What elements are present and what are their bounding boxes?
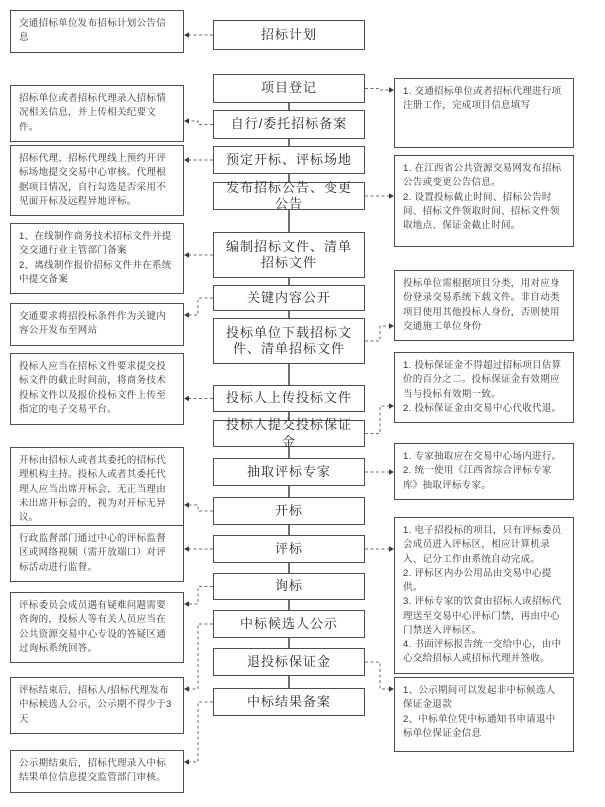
left-note-plan: 交通招标单位发布招标计划公告信息 — [10, 10, 184, 53]
left-note-result: 公示期结束后，招标代理录入中标结果单位信息提交监管部门审核。 — [10, 750, 184, 793]
right-note-deposit: 1. 投标保证金不得超过招标项目估算价的百分之二。投标保证金有效期应当与投标有效… — [394, 352, 574, 423]
step-winners: 中标候选人公示 — [213, 610, 365, 638]
right-note-evaluate-right: 1. 电子招投标的项目，只有评标委员会成员进入评标区，相应计算机录入、记分工作由… — [394, 517, 574, 674]
left-note-compile: 1、在线制作商务技术招标文件并提交交通行业主管部门备案 2、离线制作报价招标文件… — [10, 223, 184, 294]
step-open: 开标 — [213, 497, 365, 525]
step-inquiry: 询标 — [213, 573, 365, 600]
step-result: 中标结果备案 — [213, 688, 365, 716]
step-compile: 编制招标文件、清单招标文件 — [213, 232, 365, 278]
step-venue: 预定开标、评标场地 — [213, 146, 365, 174]
left-note-inquiry: 评标委员会成员遇有疑难问题需要咨询的，投标人等有关人员应当在公共资源交易中心专设… — [10, 592, 184, 663]
step-filing: 自行/委托招标备案 — [213, 110, 365, 139]
left-note-open: 开标由招标人或者其委托的招标代理机构主持。投标人或者其委托代理人应当出席开标会，… — [10, 447, 184, 532]
step-download: 投标单位下载招标文件、清单招标文件 — [213, 318, 365, 364]
right-note-refund: 1、公示期间可以发起非中标候选人保证金退款 2、中标单位凭中标通知书申请退中标单… — [394, 677, 574, 752]
left-note-evaluate-left: 行政监督部门通过中心的评标监督区或网络视频（需开放端口）对评标活动进行监督。 — [10, 525, 184, 582]
left-note-venue: 招标代理、招标代理线上预约开评标场地提交交易中心审核。代理根据项目情况，自行勾选… — [10, 145, 184, 216]
step-experts: 抽取评标专家 — [213, 458, 365, 486]
left-note-keypub: 交通要求将招投标条件作为关键内容公开发布至网站 — [10, 303, 184, 346]
step-plan: 招标计划 — [213, 20, 365, 50]
left-note-filing: 招标单位或者招标代理录入招标情况相关信息，并上传相关纪要文件。 — [10, 85, 184, 142]
left-note-upload: 投标人应当在招标文件要求提交投标文件的截止时间前，将商务技术投标文件以及报价投标… — [10, 353, 184, 425]
step-keypub: 关键内容公开 — [213, 285, 365, 311]
right-note-download: 投标单位需根据项目分类，用对应身份登录交易系统下载文件。非自动类项目使用其他投标… — [394, 270, 574, 341]
step-upload: 投标人上传投标文件 — [213, 385, 365, 412]
step-register: 项目登记 — [213, 74, 365, 103]
step-announce: 发布招标公告、变更公告 — [213, 182, 365, 210]
right-note-announce: 1. 在江西省公共资源交易网发布招标公告或变更公告信息。 2. 设置投标截止时间… — [394, 155, 574, 247]
step-refund: 退投标保证金 — [213, 648, 365, 676]
step-evaluate: 评标 — [213, 535, 365, 563]
flowchart-canvas: 招标计划项目登记自行/委托招标备案预定开标、评标场地发布招标公告、变更公告编制招… — [0, 0, 605, 807]
left-note-winners: 评标结束后，招标人/招标代理发布中标候选人公示，公示期不得少于3天 — [10, 677, 184, 734]
right-note-experts: 1. 专家抽取应在交易中心场内进行。 2. 统一使用《江西省综合评标专家库》抽取… — [394, 443, 574, 500]
step-deposit: 投标人提交投标保证金 — [213, 420, 365, 447]
right-note-register: 1. 交通招标单位或者招标代理进行项注册工作，完成项目信息填写 — [394, 78, 574, 148]
